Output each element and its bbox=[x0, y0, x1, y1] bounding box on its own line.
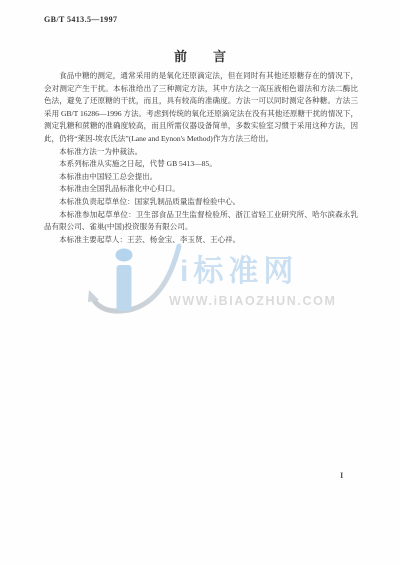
foreword-paragraph: 本系列标准从实施之日起，代替 GB 5413—85。 bbox=[44, 158, 358, 171]
standard-code: GB/T 5413.5—1997 bbox=[44, 15, 117, 24]
watermark-site-url: WWW.iBIAOZHUN.COM bbox=[169, 294, 336, 308]
watermark: i标准网 WWW.iBIAOZHUN.COM bbox=[85, 238, 325, 322]
page-title: 前 言 bbox=[0, 46, 400, 65]
foreword-paragraph: 本标准由全国乳品标准化中心归口。 bbox=[44, 183, 358, 196]
foreword-paragraph: 本标准参加起草单位：卫生部食品卫生监督检验所、浙江省轻工业研究所、哈尔滨森永乳品… bbox=[44, 209, 358, 234]
document-page: GB/T 5413.5—1997 前 言 食品中糖的测定，通常采用的是氧化还原滴… bbox=[0, 0, 400, 565]
foreword-paragraph: 食品中糖的测定，通常采用的是氧化还原滴定法，但在同时有其他还原糖存在的情况下，会… bbox=[44, 70, 358, 146]
watermark-site-name: i标准网 bbox=[180, 246, 298, 290]
foreword-paragraph: 本标准方法一为仲裁法。 bbox=[44, 146, 358, 159]
foreword-paragraph: 本标准由中国轻工总会提出。 bbox=[44, 171, 358, 184]
foreword-paragraph: 本标准主要起草人：王芸、杨金宝、李玉贤、王心祥。 bbox=[44, 234, 358, 247]
foreword-content: 食品中糖的测定，通常采用的是氧化还原滴定法，但在同时有其他还原糖存在的情况下，会… bbox=[44, 70, 358, 246]
page-number: I bbox=[340, 470, 343, 480]
foreword-paragraph: 本标准负责起草单位：国家乳制品质量监督检验中心。 bbox=[44, 196, 358, 209]
ibiaozhun-logo-icon bbox=[85, 240, 187, 320]
